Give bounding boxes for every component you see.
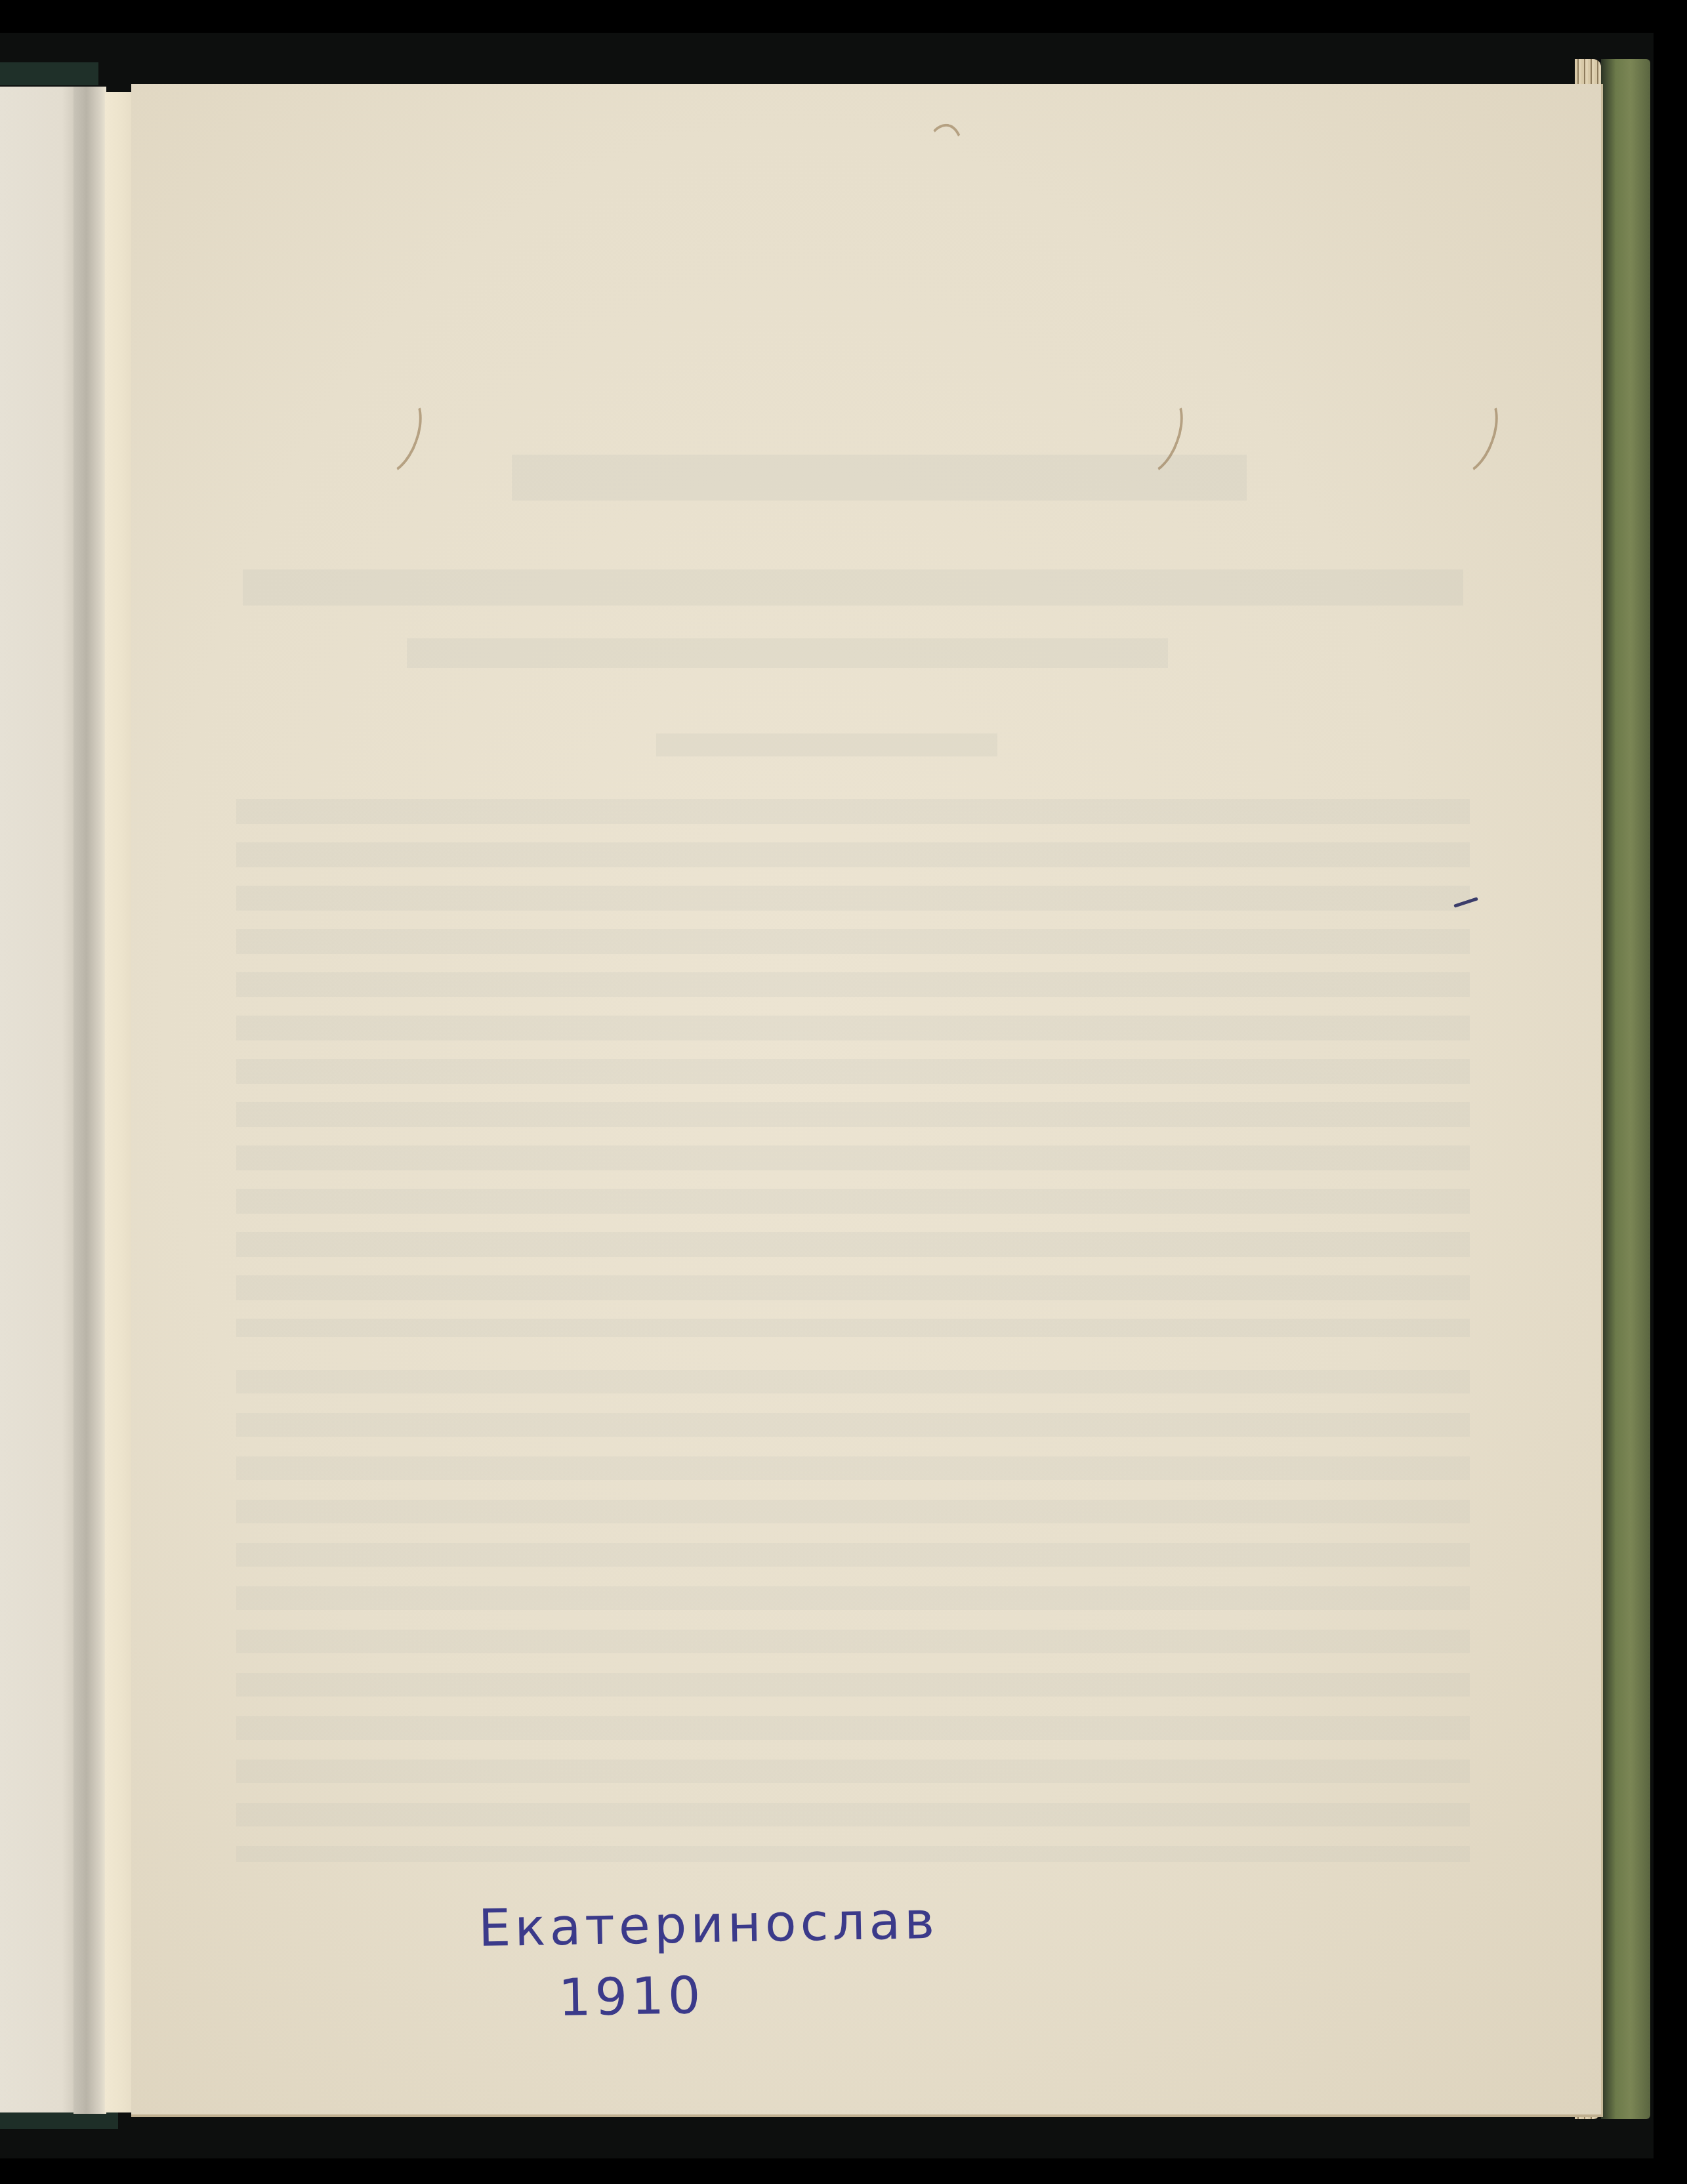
stain-mark-left bbox=[361, 387, 432, 482]
book-page bbox=[131, 84, 1603, 2117]
left-cover-edge bbox=[0, 62, 98, 85]
gutter-highlight bbox=[105, 92, 135, 2112]
handwritten-inscription: Екатеринослав 1910 bbox=[478, 1895, 940, 2025]
stain-mark-top bbox=[911, 120, 970, 211]
bleed-subtitle-1 bbox=[243, 569, 1463, 606]
inscription-year: 1910 bbox=[558, 1966, 940, 2024]
right-cover-edge bbox=[1601, 59, 1650, 2119]
stain-mark-right bbox=[1437, 387, 1508, 482]
inscription-city: Екатеринослав bbox=[478, 1891, 939, 1958]
bleed-body-2 bbox=[236, 1370, 1470, 1862]
bleed-dateline bbox=[656, 733, 997, 756]
bleed-subtitle-2 bbox=[407, 638, 1168, 668]
book-gutter bbox=[73, 87, 106, 2114]
bleed-body bbox=[236, 799, 1470, 1337]
left-flyleaf bbox=[0, 87, 77, 2112]
left-cover-edge-bottom bbox=[0, 2112, 118, 2129]
